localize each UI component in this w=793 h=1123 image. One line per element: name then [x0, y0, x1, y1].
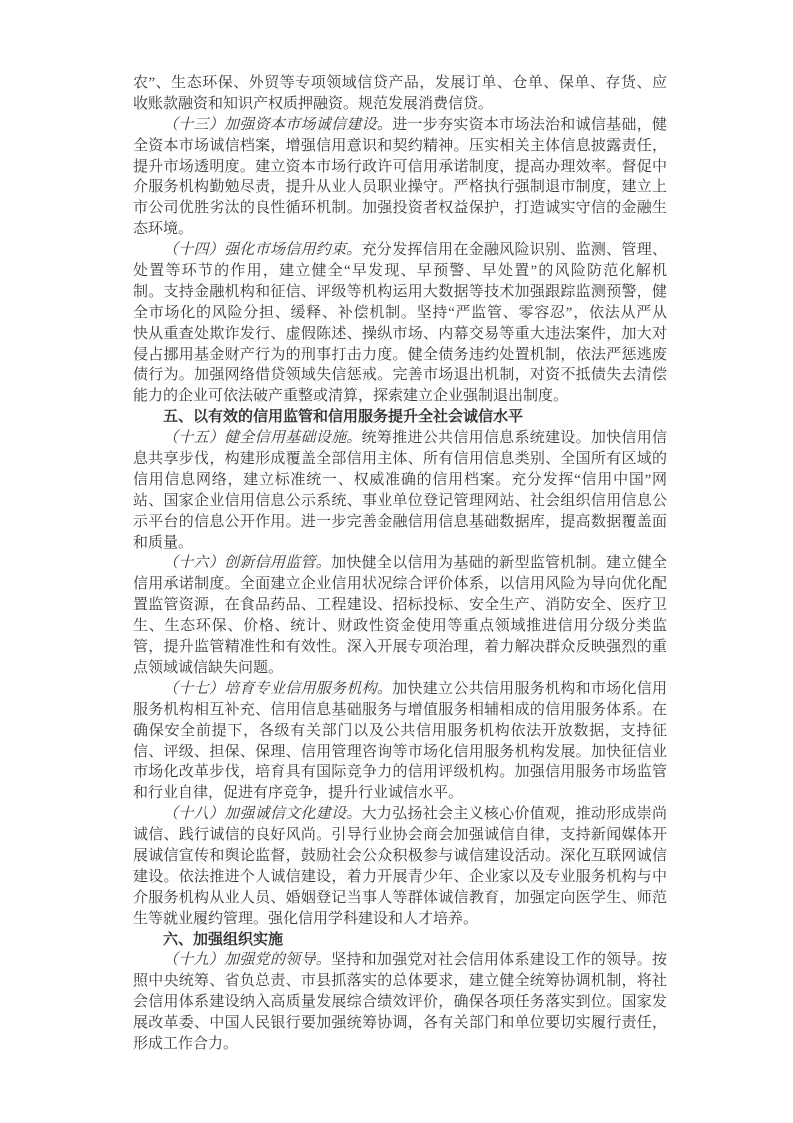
text-line: 息共享步伐，构建形成覆盖全部信用主体、所有信用信息类别、全国所有区域的 [133, 449, 667, 470]
text-line: 快从重查处欺诈发行、虚假陈述、操纵市场、内幕交易等重大违法案件，加大对 [133, 324, 667, 345]
clause-title-lead: （十八）加强诚信文化建设。 [163, 806, 362, 822]
text-line: 生、生态环保、价格、统计、财政性资金使用等重点领域推进信用分级分类监 [133, 616, 667, 637]
text-line: 信、评级、担保、保理、信用管理咨询等市场化信用服务机构发展。加快征信业 [133, 742, 667, 763]
text-line: 建设。依法推进个人诚信建设，着力开展青少年、企业家以及专业服务机构与中 [133, 867, 667, 888]
text-line: 会信用体系建设纳入高质量发展综合绩效评价，确保各项任务落实到位。国家发 [133, 992, 667, 1013]
text-line: 介服务机构从业人员、婚姻登记当事人等群体诚信教育，加强定向医学生、师范 [133, 888, 667, 909]
section-heading: 六、加强组织实施 [133, 930, 667, 951]
text-line: 点领域诚信缺失问题。 [133, 658, 667, 679]
text-line: 服务机构相互补充、信用信息基础服务与增值服务相辅相成的信用服务体系。在 [133, 700, 667, 721]
text-line: （十四）强化市场信用约束。充分发挥信用在金融风险识别、监测、管理、 [133, 240, 667, 261]
text-line: 和行业自律，促进有序竞争，提升行业诚信水平。 [133, 783, 667, 804]
text-line: 农”、生态环保、外贸等专项领域信贷产品，发展订单、仓单、保单、存货、应 [133, 73, 667, 94]
text-line: 信用信息网络，建立标准统一、权威准确的信用档案。充分发挥“信用中国”网 [133, 470, 667, 491]
text-line: 侵占挪用基金财产行为的刑事打击力度。健全债务违约处置机制，依法严惩逃废 [133, 345, 667, 366]
text-line: 站、国家企业信用信息公示系统、事业单位登记管理网站、社会组织信用信息公 [133, 491, 667, 512]
text-line: 管，提升监管精准性和有效性。深入开展专项治理，着力解决群众反映强烈的重 [133, 637, 667, 658]
clause-body-text: 大力弘扬社会主义核心价值观，推动形成崇尚 [362, 806, 667, 822]
text-line: 照中央统筹、省负总责、市县抓落实的总体要求，建立健全统筹协调机制，将社 [133, 971, 667, 992]
text-line: 制。支持金融机构和征信、评级等机构运用大数据等技术加强跟踪监测预警，健 [133, 282, 667, 303]
text-line: （十九）加强党的领导。坚持和加强党对社会信用体系建设工作的领导。按 [133, 950, 667, 971]
text-line: 收账款融资和知识产权质押融资。规范发展消费信贷。 [133, 94, 667, 115]
clause-title-lead: （十四）强化市场信用约束。 [163, 242, 362, 258]
clause-body-text: 加快健全以信用为基础的新型监管机制。建立健全 [331, 555, 667, 571]
text-line: 介服务机构勤勉尽责，提升从业人员职业操守。严格执行强制退市制度，建立上 [133, 177, 667, 198]
section-heading: 五、以有效的信用监管和信用服务提升全社会诚信水平 [133, 407, 667, 428]
text-line: 诚信、践行诚信的良好风尚。引导行业协会商会加强诚信自律，支持新闻媒体开 [133, 825, 667, 846]
clause-title-lead: （十七）培育专业信用服务机构。 [163, 681, 392, 697]
clause-body-text: 加快建立公共信用服务机构和市场化信用 [392, 681, 667, 697]
text-line: 市场化改革步伐，培育具有国际竞争力的信用评级机构。加强信用服务市场监管 [133, 762, 667, 783]
clause-title-lead: （十三）加强资本市场诚信建设。 [163, 117, 392, 133]
document-page: 农”、生态环保、外贸等专项领域信贷产品，发展订单、仓单、保单、存货、应收账款融资… [0, 0, 793, 1123]
clause-body-text: 坚持和加强党对社会信用体系建设工作的领导。按 [331, 952, 667, 968]
text-line: 市公司优胜劣汰的良性循环机制。加强投资者权益保护，打造诚实守信的金融生 [133, 198, 667, 219]
text-line: 置监管资源，在食品药品、工程建设、招标投标、安全生产、消防安全、医疗卫 [133, 595, 667, 616]
text-line: 信用承诺制度。全面建立企业信用状况综合评价体系，以信用风险为导向优化配 [133, 574, 667, 595]
document-text: 农”、生态环保、外贸等专项领域信贷产品，发展订单、仓单、保单、存货、应收账款融资… [133, 73, 667, 1055]
clause-title-lead: （十五）健全信用基础设施。 [163, 430, 362, 446]
text-line: 全资本市场诚信档案，增强信用意识和契约精神。压实相关主体信息披露责任， [133, 136, 667, 157]
text-line: 示平台的信息公开作用。进一步完善金融信用信息基础数据库，提高数据覆盖面 [133, 512, 667, 533]
text-line: 和质量。 [133, 533, 667, 554]
text-line: 生等就业履约管理。强化信用学科建设和人才培养。 [133, 909, 667, 930]
text-line: （十六）创新信用监管。加快健全以信用为基础的新型监管机制。建立健全 [133, 553, 667, 574]
text-line: 展改革委、中国人民银行要加强统筹协调，各有关部门和单位要切实履行责任， [133, 1013, 667, 1034]
text-line: 展诚信宣传和舆论监督，鼓励社会公众积极参与诚信建设活动。深化互联网诚信 [133, 846, 667, 867]
text-line: （十七）培育专业信用服务机构。加快建立公共信用服务机构和市场化信用 [133, 679, 667, 700]
text-line: 提升市场透明度。建立资本市场行政许可信用承诺制度，提高办理效率。督促中 [133, 157, 667, 178]
text-line: 债行为。加强网络借贷领域失信惩戒。完善市场退出机制，对资不抵债失去清偿 [133, 365, 667, 386]
text-line: 态环境。 [133, 219, 667, 240]
text-line: 确保安全前提下，各级有关部门以及公共信用服务机构依法开放数据，支持征 [133, 721, 667, 742]
text-line: 全市场化的风险分担、缓释、补偿机制。坚持“严监管、零容忍”，依法从严从 [133, 303, 667, 324]
clause-body-text: 统筹推进公共信用信息系统建设。加快信用信 [362, 430, 667, 446]
clause-body-text: 充分发挥信用在金融风险识别、监测、管理、 [362, 242, 667, 258]
text-line: 形成工作合力。 [133, 1034, 667, 1055]
text-line: （十三）加强资本市场诚信建设。进一步夯实资本市场法治和诚信基础，健 [133, 115, 667, 136]
text-line: （十八）加强诚信文化建设。大力弘扬社会主义核心价值观，推动形成崇尚 [133, 804, 667, 825]
text-line: 处置等环节的作用，建立健全“早发现、早预警、早处置”的风险防范化解机 [133, 261, 667, 282]
text-line: （十五）健全信用基础设施。统筹推进公共信用信息系统建设。加快信用信 [133, 428, 667, 449]
text-line: 能力的企业可依法破产重整或清算，探索建立企业强制退出制度。 [133, 386, 667, 407]
clause-title-lead: （十九）加强党的领导。 [163, 952, 331, 968]
clause-title-lead: （十六）创新信用监管。 [163, 555, 331, 571]
clause-body-text: 进一步夯实资本市场法治和诚信基础，健 [392, 117, 667, 133]
